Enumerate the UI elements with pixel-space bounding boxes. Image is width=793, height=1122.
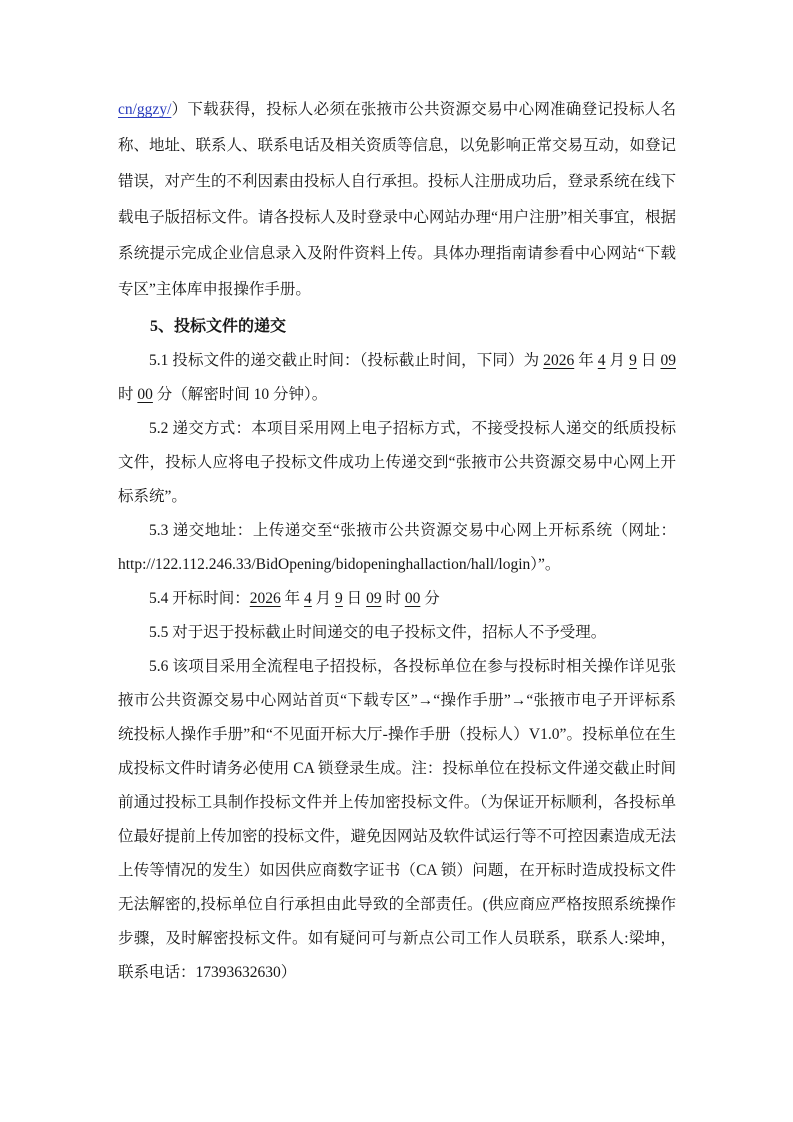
underlined-value: 2026	[250, 590, 281, 607]
document-page: cn/ggzy/）下载获得，投标人必须在张掖市公共资源交易中心网准确登记投标人名…	[0, 0, 793, 1122]
underlined-value: 9	[335, 590, 343, 607]
underlined-value: 00	[405, 590, 421, 607]
underlined-value: 00	[137, 386, 153, 403]
text-run: 年	[281, 590, 304, 607]
text-run: 5.6 该项目采用全流程电子招投标，各投标单位在参与投标时相关操作详见张掖市公共…	[118, 658, 676, 981]
text-run: 5.5 对于迟于投标截止时间递交的电子投标文件，招标人不予受理。	[149, 624, 606, 641]
underlined-value: 09	[660, 352, 676, 369]
text-run: 月	[312, 590, 335, 607]
text-run: 分	[420, 590, 439, 607]
underlined-value: 4	[304, 590, 312, 607]
para-5-1-deadline: 5.1 投标文件的递交截止时间：（投标截止时间，下同）为 2026 年 4 月 …	[118, 344, 676, 412]
para-5-5-late-rejection: 5.5 对于迟于投标截止时间递交的电子投标文件，招标人不予受理。	[118, 616, 676, 650]
text-run: 5.1 投标文件的递交截止时间：（投标截止时间，下同）为	[149, 352, 543, 369]
para-5-3-address: 5.3 递交地址：上传递交至“张掖市公共资源交易中心网上开标系统（网址：http…	[118, 514, 676, 582]
text-run: 5.4 开标时间：	[149, 590, 250, 607]
text-run: 年	[574, 352, 598, 369]
underlined-value: 4	[598, 352, 606, 369]
underlined-value: 9	[629, 352, 637, 369]
para-registration-info: cn/ggzy/）下载获得，投标人必须在张掖市公共资源交易中心网准确登记投标人名…	[118, 92, 676, 308]
underlined-value: 09	[366, 590, 382, 607]
para-5-6-process-notes: 5.6 该项目采用全流程电子招投标，各投标单位在参与投标时相关操作详见张掖市公共…	[118, 650, 676, 990]
hyperlink[interactable]: cn/ggzy/	[118, 101, 171, 118]
document-content: cn/ggzy/）下载获得，投标人必须在张掖市公共资源交易中心网准确登记投标人名…	[118, 92, 676, 990]
text-run: 日	[637, 352, 661, 369]
text-run: 5.3 递交地址：上传递交至“张掖市公共资源交易中心网上开标系统（网址：http…	[118, 522, 676, 573]
text-run: 5.2 递交方式：本项目采用网上电子招标方式，不接受投标人递交的纸质投标文件，投…	[118, 420, 676, 505]
text-run: 日	[343, 590, 366, 607]
text-run: 月	[606, 352, 630, 369]
text-run: ）下载获得，投标人必须在张掖市公共资源交易中心网准确登记投标人名称、地址、联系人…	[118, 101, 676, 298]
text-run: 5、投标文件的递交	[150, 318, 286, 335]
text-run: 时	[118, 386, 137, 403]
para-5-2-method: 5.2 递交方式：本项目采用网上电子招标方式，不接受投标人递交的纸质投标文件，投…	[118, 412, 676, 514]
text-run: 时	[382, 590, 405, 607]
heading-section-5: 5、投标文件的递交	[118, 310, 676, 344]
para-5-4-opening-time: 5.4 开标时间：2026 年 4 月 9 日 09 时 00 分	[118, 582, 676, 616]
underlined-value: 2026	[543, 352, 574, 369]
text-run: 分（解密时间 10 分钟）。	[153, 386, 327, 403]
